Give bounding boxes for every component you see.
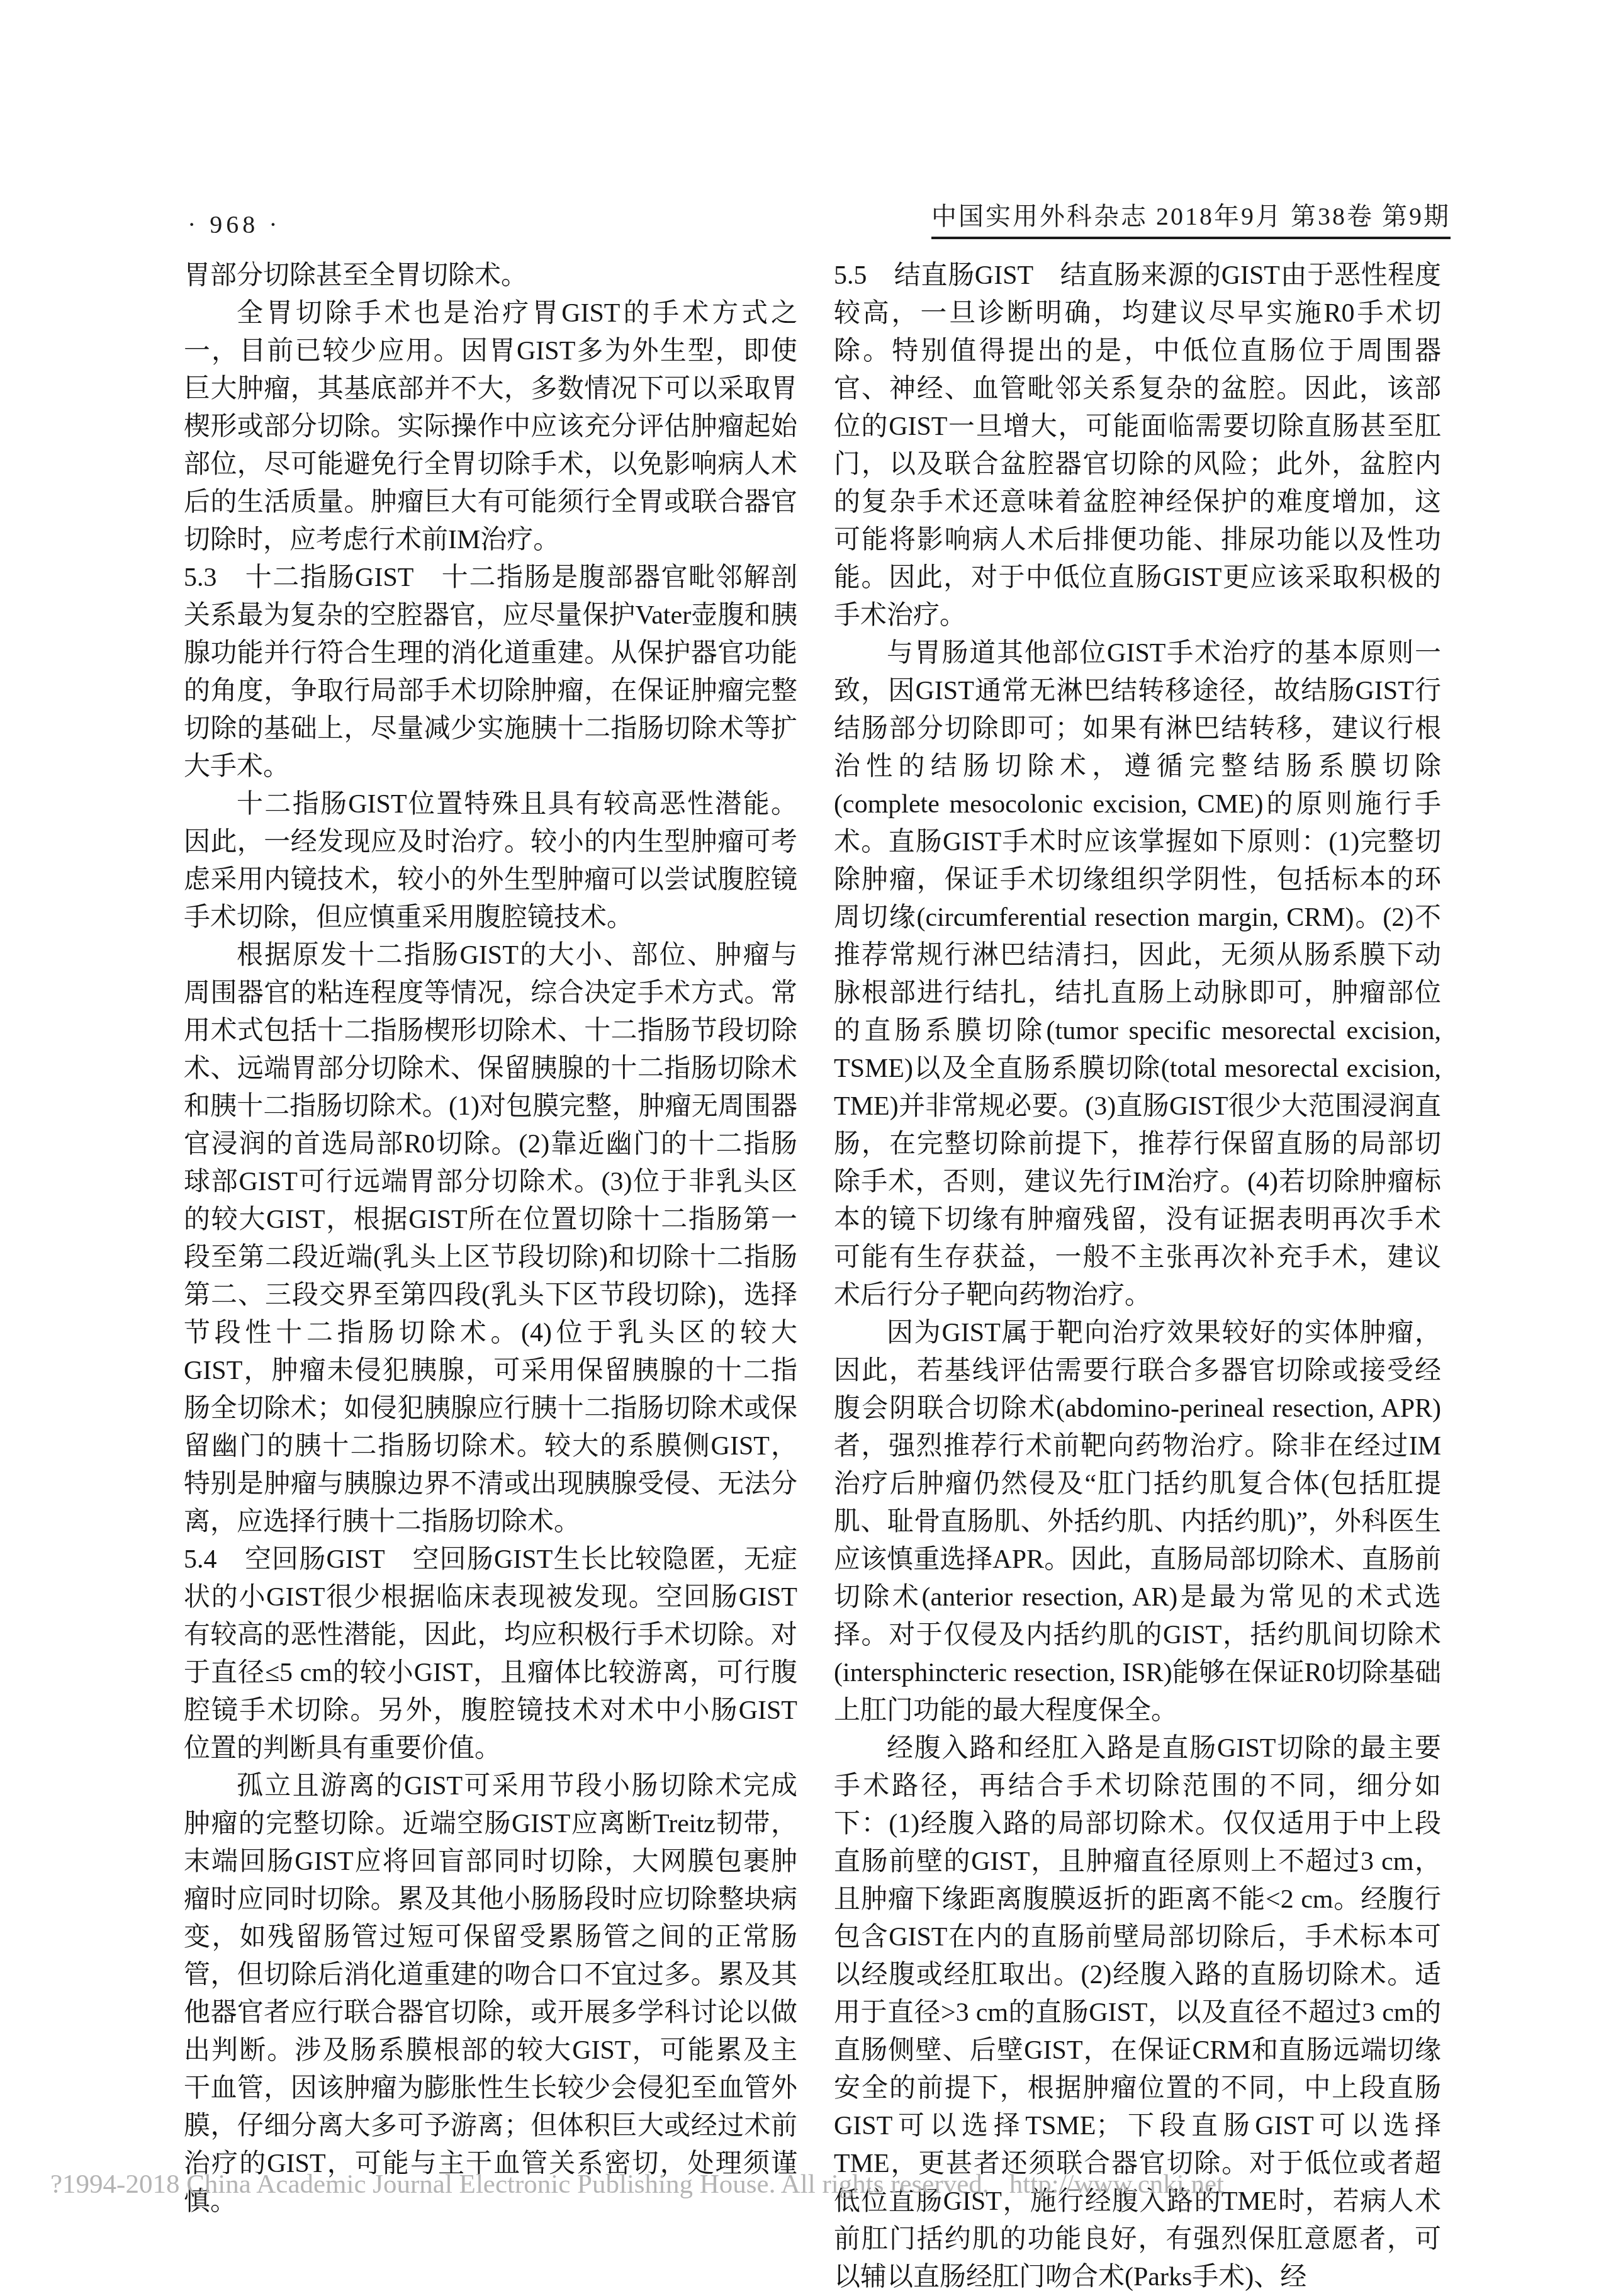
section-5-4: 5.4 空回肠GIST 空回肠GIST生长比较隐匿，无症状的小GIST很少根据临…	[184, 1541, 797, 1767]
right-column: 5.5 结直肠GIST 结直肠来源的GIST由于恶性程度较高，一旦诊断明确，均建…	[834, 257, 1441, 2296]
journal-title-line: 中国实用外科杂志 2018年9月 第38卷 第9期	[931, 196, 1451, 239]
page-header: · 968 · 中国实用外科杂志 2018年9月 第38卷 第9期	[188, 196, 1451, 239]
paragraph: 经腹入路和经肛入路是直肠GIST切除的最主要手术路径，再结合手术切除范围的不同，…	[834, 1730, 1441, 2296]
paragraph: 孤立且游离的GIST可采用节段小肠切除术完成肿瘤的完整切除。近端空肠GIST应离…	[184, 1767, 797, 2220]
paragraph: 全胃切除手术也是治疗胃GIST的手术方式之一，目前已较少应用。因胃GIST多为外…	[184, 295, 797, 559]
left-column: 胃部分切除甚至全胃切除术。 全胃切除手术也是治疗胃GIST的手术方式之一，目前已…	[184, 257, 797, 2220]
section-5-3: 5.3 十二指肠GIST 十二指肠是腹部器官毗邻解剖关系最为复杂的空腔器官，应尽…	[184, 559, 797, 785]
section-5-5: 5.5 结直肠GIST 结直肠来源的GIST由于恶性程度较高，一旦诊断明确，均建…	[834, 257, 1441, 634]
paragraph-continuation: 胃部分切除甚至全胃切除术。	[184, 257, 797, 295]
paragraph: 根据原发十二指肠GIST的大小、部位、肿瘤与周围器官的粘连程度等情况，综合决定手…	[184, 937, 797, 1541]
paragraph: 与胃肠道其他部位GIST手术治疗的基本原则一致，因GIST通常无淋巴结转移途径，…	[834, 634, 1441, 1314]
paragraph: 因为GIST属于靶向治疗效果较好的实体肿瘤，因此，若基线评估需要行联合多器官切除…	[834, 1314, 1441, 1730]
copyright-footer: ?1994-2018 China Academic Journal Electr…	[50, 2169, 1224, 2200]
page-number: · 968 ·	[188, 210, 281, 239]
paragraph: 十二指肠GIST位置特殊且具有较高恶性潜能。因此，一经发现应及时治疗。较小的内生…	[184, 785, 797, 937]
